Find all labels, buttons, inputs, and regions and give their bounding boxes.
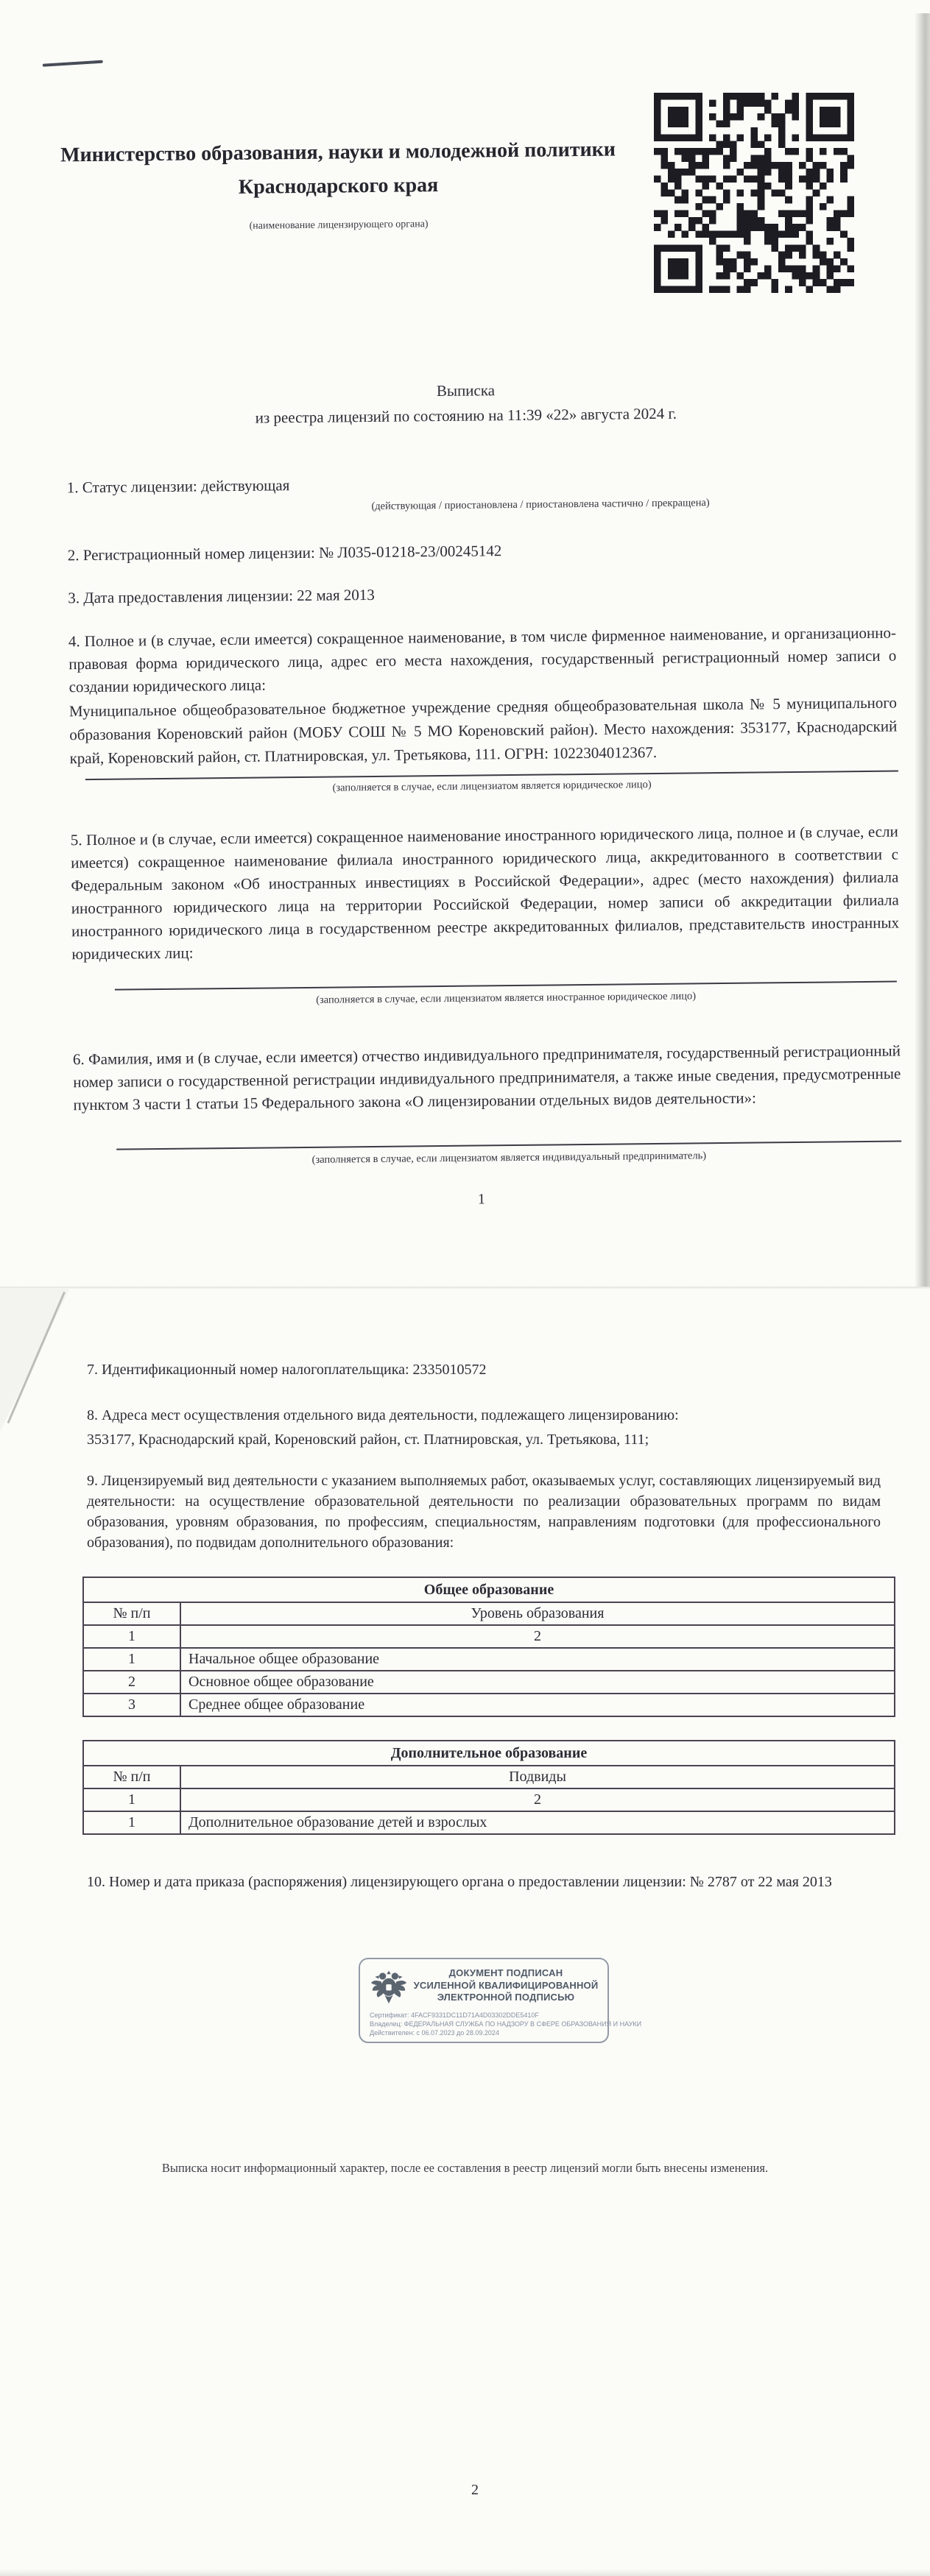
- education-level: Основное общее образование: [180, 1671, 895, 1694]
- stamp-title: ДОКУМЕНТ ПОДПИСАН УСИЛЕННОЙ КВАЛИФИЦИРОВ…: [413, 1967, 599, 2004]
- item-7-taxpayer-id: 7. Идентификационный номер налогоплатель…: [87, 1362, 882, 1379]
- item-9-licensed-activity: 9. Лицензируемый вид деятельности с указ…: [87, 1471, 881, 1553]
- item-3-grant-date: 3. Дата предоставления лицензии: 22 мая …: [68, 581, 895, 608]
- item-4-legal-entity-label: 4. Полное и (в случае, если имеется) сок…: [68, 622, 897, 699]
- additional-education-table: Дополнительное образование № п/п Подвиды…: [82, 1740, 895, 1835]
- column-header-number: № п/п: [83, 1602, 180, 1625]
- item-5-foreign-entity-label: 5. Полное и (в случае, если имеется) сок…: [71, 821, 900, 966]
- item-8-activity-addresses-label: 8. Адреса мест осуществления отдельного …: [87, 1407, 882, 1424]
- scan-artifact-right-edge: [915, 13, 930, 1287]
- table-row: 1 Дополнительное образование детей и взр…: [83, 1811, 895, 1834]
- qr-code: [654, 93, 854, 293]
- item-4-note: (заполняется в случае, если лицензиатом …: [85, 776, 898, 798]
- digital-signature-stamp: ДОКУМЕНТ ПОДПИСАН УСИЛЕННОЙ КВАЛИФИЦИРОВ…: [359, 1958, 609, 2043]
- item-6-note: (заполняется в случае, если лицензиатом …: [116, 1148, 901, 1169]
- table-title: Общее образование: [83, 1577, 895, 1602]
- numbering-cell: 1: [83, 1788, 180, 1811]
- page-2-number: 2: [431, 2482, 519, 2499]
- column-header-level: Уровень образования: [180, 1602, 895, 1625]
- item-8-activity-address-value: 353177, Краснодарский край, Кореновский …: [87, 1432, 882, 1448]
- table-header-row: № п/п Уровень образования: [83, 1602, 895, 1625]
- stamp-title-line3: ЭЛЕКТРОННОЙ ПОДПИСЬЮ: [413, 1992, 599, 2004]
- russian-coat-of-arms-icon: [368, 1967, 409, 2005]
- education-level: Среднее общее образование: [180, 1694, 895, 1716]
- item-6-entrepreneur-label: 6. Фамилия, имя и (в случае, если имеетс…: [73, 1040, 901, 1117]
- item-2-registration-number: 2. Регистрационный номер лицензии: № Л03…: [68, 538, 895, 565]
- stamp-title-line2: УСИЛЕННОЙ КВАЛИФИЦИРОВАННОЙ: [413, 1980, 599, 1992]
- informational-note: Выписка носит информационный характер, п…: [0, 2161, 930, 2176]
- document-title: Выписка из реестра лицензий по состоянию…: [68, 374, 864, 432]
- table-numbering-row: 1 2: [83, 1625, 895, 1648]
- numbering-cell: 2: [180, 1625, 895, 1648]
- item-4-legal-entity-value: Муниципальное общеобразовательное бюджет…: [69, 691, 898, 771]
- row-number: 1: [83, 1648, 180, 1671]
- page-1-number: 1: [437, 1191, 526, 1209]
- general-education-table: Общее образование № п/п Уровень образова…: [82, 1577, 895, 1717]
- stamp-certificate: Сертификат: 4FACF9331DC11D71A4D03302DDE5…: [370, 2011, 604, 2020]
- stamp-owner: Владелец: ФЕДЕРАЛЬНАЯ СЛУЖБА ПО НАДЗОРУ …: [370, 2020, 604, 2028]
- licensing-authority-caption: (наименование лицензирующего органа): [40, 216, 637, 234]
- table-row: 3 Среднее общее образование: [83, 1694, 895, 1716]
- item-1-license-status: 1. Статус лицензии: действующая: [67, 470, 895, 498]
- ministry-name-heading: Министерство образования, науки и молоде…: [40, 132, 637, 206]
- item-10-order-number: 10. Номер и дата приказа (распоряжения) …: [87, 1869, 881, 1894]
- column-header-number: № п/п: [83, 1766, 180, 1788]
- scanned-license-extract-document: Министерство образования, науки и молоде…: [0, 0, 930, 2576]
- table-row: 1 Начальное общее образование: [83, 1648, 895, 1671]
- table-row: 2 Основное общее образование: [83, 1671, 895, 1694]
- row-number: 3: [83, 1694, 180, 1716]
- row-number: 2: [83, 1671, 180, 1694]
- stamp-validity: Действителен: с 06.07.2023 до 28.09.2024: [370, 2028, 604, 2037]
- item-1-note: (действующая / приостановлена / приостан…: [172, 495, 909, 514]
- table-header-row: № п/п Подвиды: [83, 1766, 895, 1788]
- scan-artifact-bottom-edge: [0, 2569, 930, 2576]
- education-subtype: Дополнительное образование детей и взрос…: [180, 1811, 895, 1834]
- row-number: 1: [83, 1811, 180, 1834]
- numbering-cell: 1: [83, 1625, 180, 1648]
- table-title-row: Дополнительное образование: [83, 1741, 895, 1766]
- table-title-row: Общее образование: [83, 1577, 895, 1602]
- stamp-title-line1: ДОКУМЕНТ ПОДПИСАН: [413, 1967, 599, 1980]
- page-seam: [0, 1287, 930, 1289]
- scan-artifact-corner-mark: [43, 60, 103, 67]
- education-level: Начальное общее образование: [180, 1648, 895, 1671]
- table-title: Дополнительное образование: [83, 1741, 895, 1766]
- numbering-cell: 2: [180, 1788, 895, 1811]
- column-header-subtypes: Подвиды: [180, 1766, 895, 1788]
- item-5-note: (заполняется в случае, если лицензиатом …: [115, 988, 897, 1009]
- stamp-details: Сертификат: 4FACF9331DC11D71A4D03302DDE5…: [370, 2011, 604, 2037]
- table-numbering-row: 1 2: [83, 1788, 895, 1811]
